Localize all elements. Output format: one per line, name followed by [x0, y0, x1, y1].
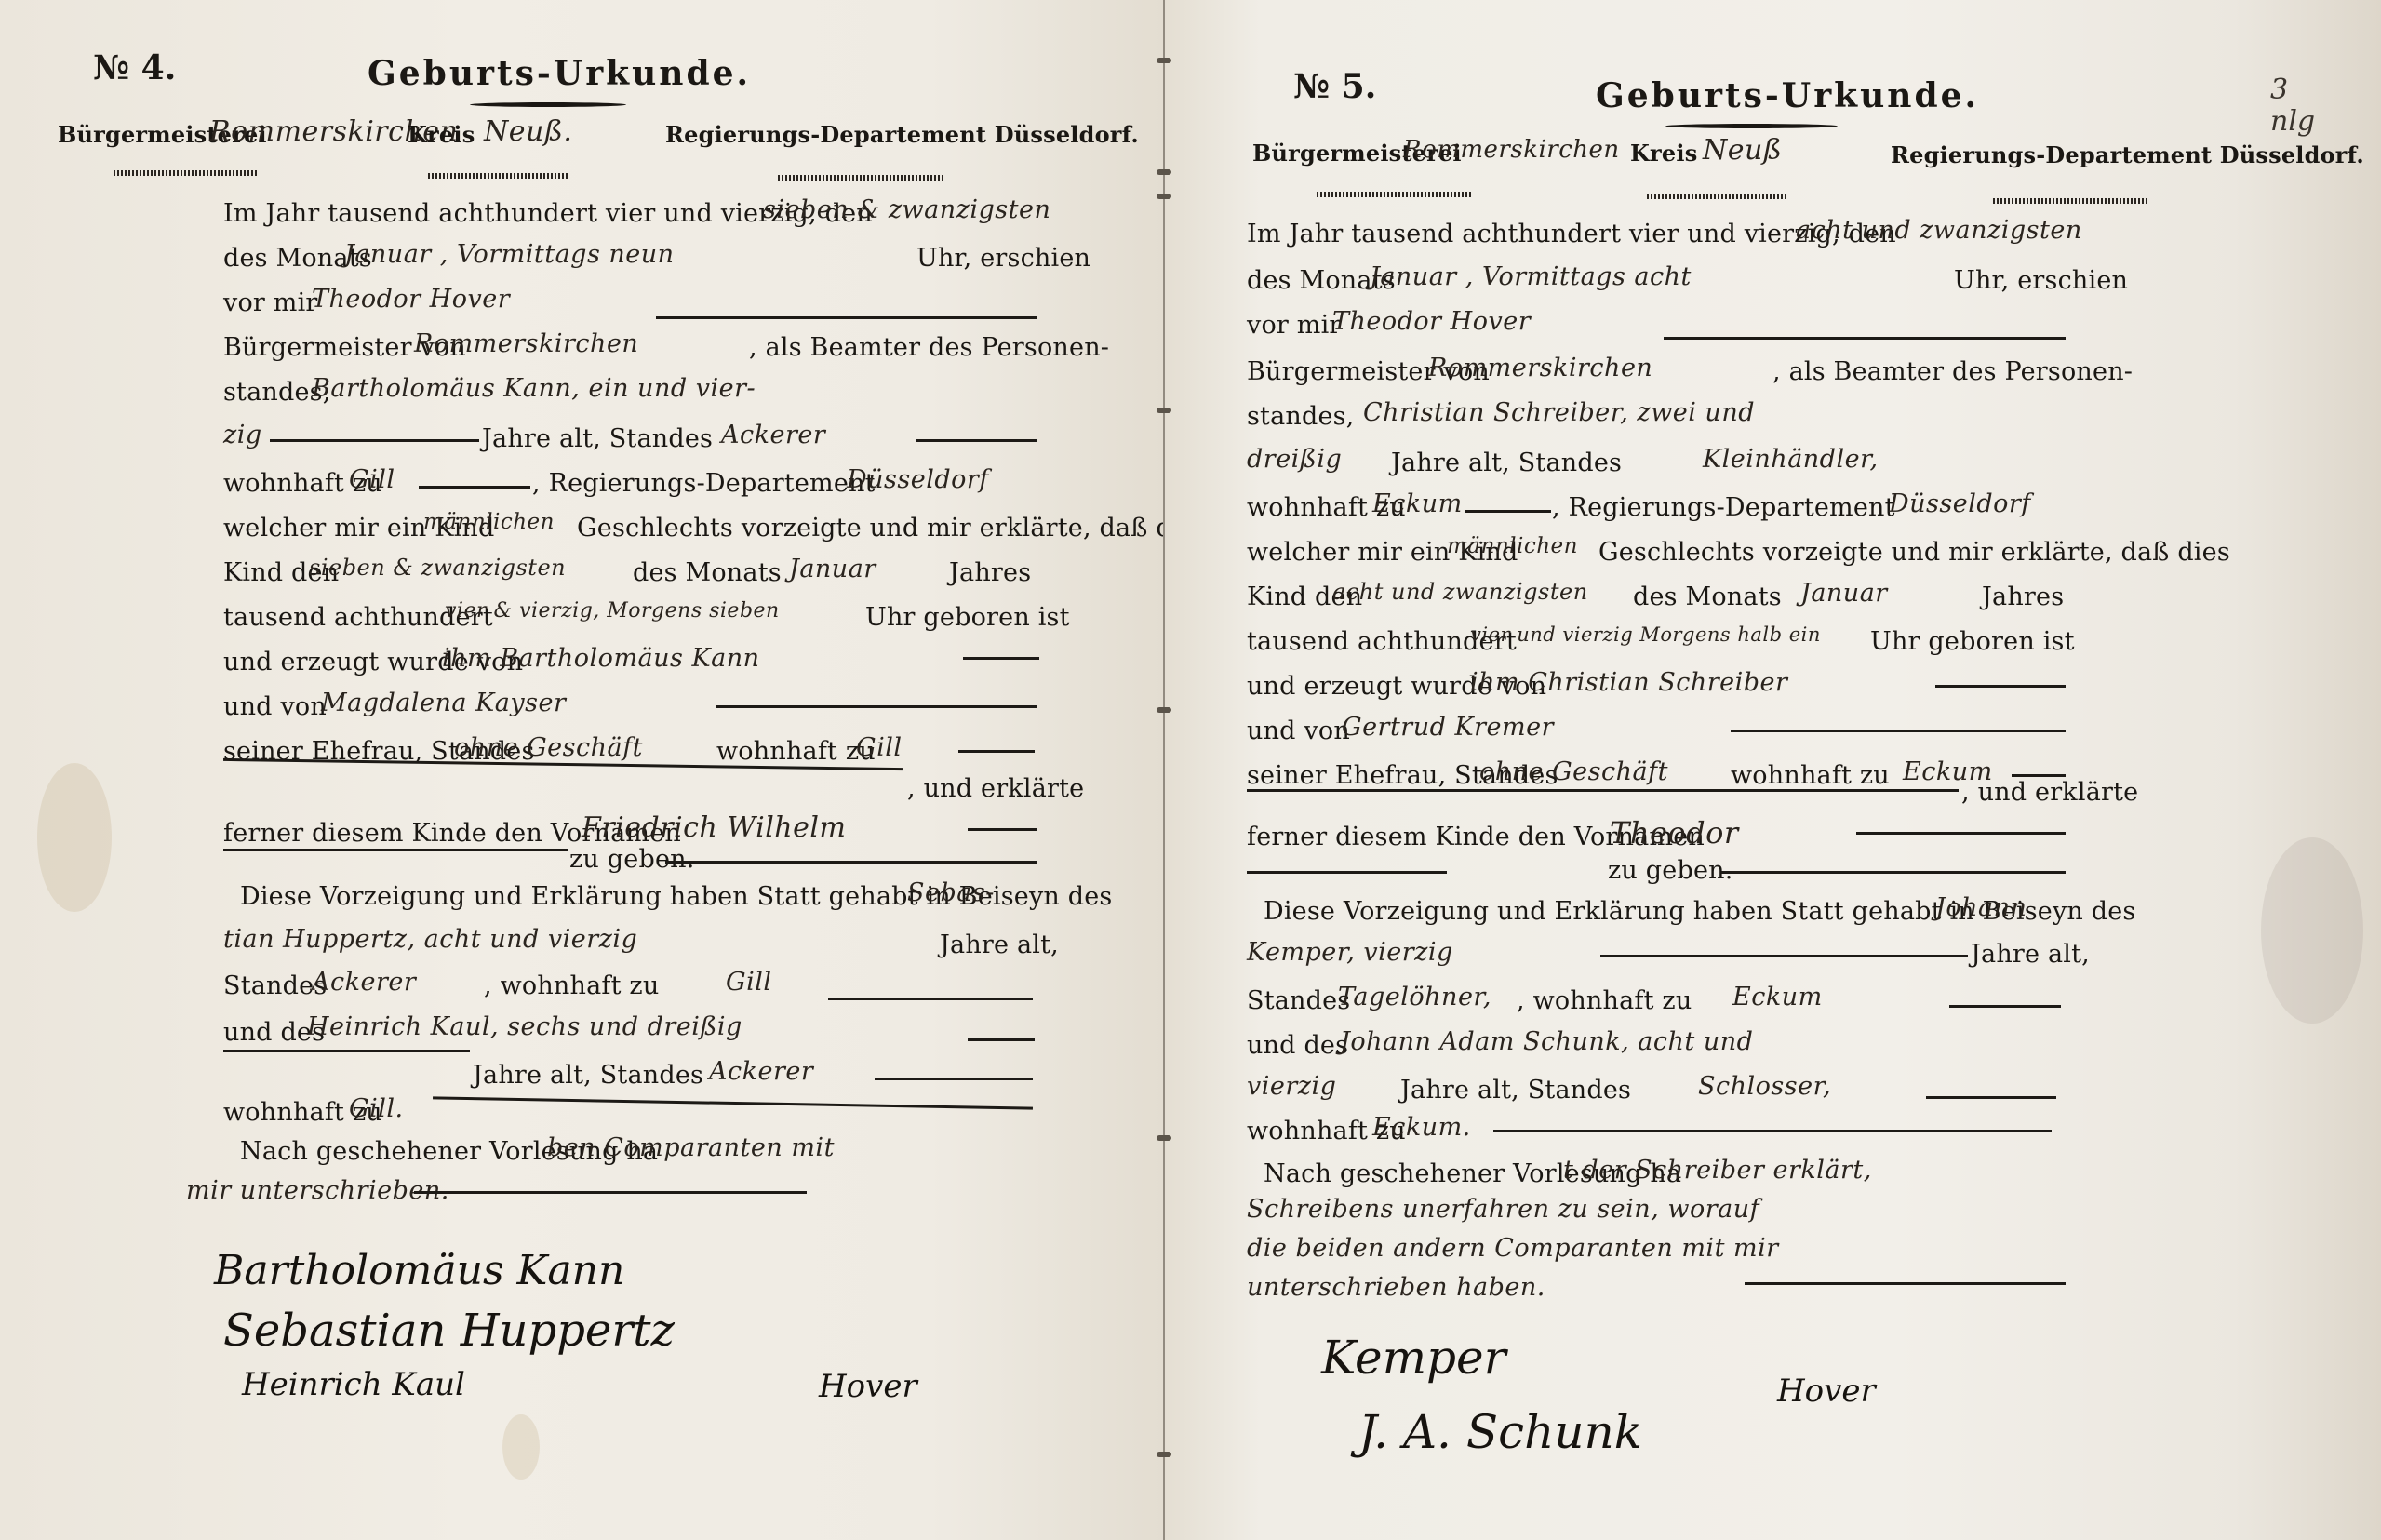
form-text: , wohnhaft zu	[484, 971, 659, 1000]
entry-witness-2: Heinrich Kaul, sechs und dreißig	[307, 1012, 742, 1041]
form-text: wohnhaft zu	[1731, 761, 1890, 790]
form-text: Uhr geboren ist	[865, 603, 1070, 632]
entry-closing: ben Comparanten mit	[547, 1133, 835, 1162]
kreis-value: Neuß	[1703, 134, 1782, 167]
fill-line	[716, 705, 1037, 708]
kreis-label: Kreis	[1630, 140, 1697, 167]
form-text: Uhr, erschien	[916, 244, 1090, 273]
kreis-value: Neuß.	[484, 115, 572, 148]
fill-line	[419, 486, 530, 489]
entry-given-names: Friedrich Wilhelm	[582, 811, 846, 844]
entry-birth-month: Januar	[789, 555, 876, 583]
fill-line	[1856, 832, 2066, 835]
entry-witness-2-age: vierzig	[1247, 1072, 1336, 1101]
fill-line	[223, 1050, 470, 1052]
entry-father: ihm Christian Schreiber	[1470, 668, 1787, 697]
entry-mother-residence: Gill	[856, 733, 902, 762]
entry-witness-1-age: tian Huppertz, acht und vierzig	[223, 925, 637, 954]
form-text: standes,	[1247, 402, 1355, 431]
binding-stitch	[1157, 408, 1171, 413]
fill-line	[1247, 789, 1959, 792]
fill-line	[2012, 774, 2066, 777]
entry-sex: männlichen	[1447, 534, 1578, 558]
form-text: und von	[223, 692, 327, 721]
entry-declarant: Bartholomäus Kann, ein und vier-	[312, 374, 756, 403]
entry-municipality: Rommerskirchen	[1428, 354, 1652, 382]
entry-witness-1: Sebas-	[907, 878, 995, 907]
form-text: und von	[1247, 716, 1350, 745]
entry-month-hour: Januar , Vormittags neun	[344, 240, 675, 269]
signature-mayor: Hover	[1777, 1373, 1876, 1410]
form-text: zu geben.	[569, 845, 695, 874]
signature-witness-2: J. A. Schunk	[1358, 1405, 1642, 1459]
ornament-rule	[778, 175, 943, 181]
entry-given-names: Theodor	[1610, 815, 1739, 850]
regierungs-department: Regierungs-Departement Düsseldorf.	[1891, 141, 2364, 168]
form-text: Jahres	[949, 558, 1031, 587]
signature-mayor: Hover	[819, 1368, 917, 1405]
fill-line	[875, 1078, 1033, 1080]
ornament-rule	[1647, 194, 1788, 199]
binding-stitch	[1157, 1452, 1171, 1457]
form-text: , und erklärte	[1961, 778, 2138, 807]
fill-line	[1745, 1282, 2066, 1285]
entry-witness-1-residence: Gill	[726, 968, 771, 997]
paper-stain	[37, 763, 112, 912]
form-text: , als Beamter des Personen-	[749, 333, 1109, 362]
entry-mother: Magdalena Kayser	[321, 689, 566, 717]
fill-line	[1731, 730, 2066, 732]
binding-stitch	[1157, 169, 1171, 175]
form-text: Jahre alt, Standes	[473, 1061, 703, 1090]
entry-witness-1-residence: Eckum	[1732, 983, 1823, 1011]
form-text: , Regierungs-Departement	[1552, 493, 1895, 522]
entry-birth-year-hour: vier und vierzig Morgens halb ein	[1470, 623, 1821, 646]
form-text: Standes	[1247, 986, 1350, 1015]
ornament-rule	[114, 170, 259, 176]
entry-birth-year-hour: vier & vierzig, Morgens sieben	[445, 599, 780, 623]
regierungs-department: Regierungs-Departement Düsseldorf.	[665, 121, 1139, 148]
binding-stitch	[1157, 58, 1171, 63]
fill-line	[963, 657, 1039, 660]
entry-mayor: Theodor Hover	[1332, 307, 1531, 336]
form-text: vor mir	[223, 288, 318, 317]
entry-closing: die beiden andern Comparanten mit mir	[1247, 1234, 1779, 1263]
fill-line	[1926, 1096, 2056, 1099]
binding-stitch	[1157, 707, 1171, 713]
ornament-rule	[1993, 198, 2149, 204]
left-page: № 4. Geburts-Urkunde. Bürgermeisterei Ro…	[0, 0, 1163, 1540]
form-text: des Monats	[633, 558, 782, 587]
fill-line	[433, 1096, 1033, 1109]
entry-age: zig	[223, 421, 262, 449]
paper-stain	[502, 1414, 540, 1480]
entry-closing: mir unterschrieben.	[186, 1176, 449, 1205]
entry-municipality: Rommerskirchen	[414, 329, 638, 358]
fill-line	[1600, 955, 1968, 957]
entry-day: acht und zwanzigsten	[1796, 216, 2082, 245]
fill-line	[270, 439, 479, 442]
form-text: Jahre alt, Standes	[1391, 449, 1622, 477]
ornament-rule	[1317, 192, 1471, 197]
right-page: № 5. Geburts-Urkunde. 3 nlg Bürgermeiste…	[1163, 0, 2381, 1540]
title-underline	[1665, 124, 1838, 128]
form-text: vor mir	[1247, 311, 1342, 340]
fill-line	[968, 1038, 1035, 1041]
entry-witness-1: Johann	[1935, 893, 2027, 922]
fill-line	[968, 828, 1037, 831]
entry-declarant: Christian Schreiber, zwei und	[1363, 398, 1755, 427]
entry-birth-day: sieben & zwanzigsten	[309, 555, 566, 581]
fill-line	[223, 849, 568, 851]
signature-witness-2: Heinrich Kaul	[242, 1366, 465, 1403]
certificate-title: Geburts-Urkunde.	[1596, 76, 1979, 115]
fill-line	[1247, 871, 1447, 874]
fill-line	[1465, 510, 1551, 513]
entry-witness-2-residence: Eckum.	[1372, 1113, 1471, 1142]
buergermeisterei-value: Rommerskirchen	[1403, 136, 1620, 164]
fill-line	[1721, 871, 2066, 874]
fill-line	[656, 316, 1037, 319]
form-text: des Monats	[1633, 583, 1782, 611]
form-text: Geschlechts vorzeigte und mir erklärte, …	[577, 514, 1209, 542]
entry-closing: t der Schreiber erklärt,	[1563, 1156, 1872, 1185]
entry-witness-2-occupation: Schlosser,	[1698, 1072, 1831, 1101]
entry-occupation: Kleinhändler,	[1703, 445, 1879, 474]
signature-witness-1: Sebastian Huppertz	[223, 1305, 675, 1357]
entry-age: dreißig	[1247, 445, 1342, 474]
form-text: Jahre alt,	[1971, 940, 2090, 969]
form-text: Jahre alt, Standes	[1400, 1076, 1631, 1105]
signature-witness-1: Kemper	[1321, 1331, 1506, 1385]
margin-note: 3 nlg	[2270, 74, 2326, 138]
book-gutter	[1163, 0, 1165, 1540]
fill-line	[1935, 685, 2066, 688]
binding-stitch	[1157, 1135, 1171, 1141]
form-text: Uhr geboren ist	[1870, 627, 2075, 656]
entry-witness-1-age: Kemper, vierzig	[1247, 938, 1453, 967]
entry-witness-1-occupation: Tagelöhner,	[1338, 983, 1491, 1011]
entry-occupation: Ackerer	[721, 421, 825, 449]
form-text: Uhr, erschien	[1954, 266, 2128, 295]
form-text: , als Beamter des Personen-	[1772, 357, 2133, 386]
entry-department: Düsseldorf	[1889, 489, 2031, 518]
entry-birth-month: Januar	[1800, 579, 1888, 608]
certificate-number: № 4.	[93, 48, 176, 87]
entry-witness-2: Johann Adam Schunk, acht und	[1340, 1027, 1753, 1056]
form-text: Jahre alt, Standes	[482, 424, 713, 453]
entry-closing: unterschrieben haben.	[1247, 1273, 1545, 1302]
form-text: Jahre alt,	[940, 931, 1059, 959]
open-register-book: № 4. Geburts-Urkunde. Bürgermeisterei Ro…	[0, 0, 2381, 1540]
entry-residence: Eckum	[1372, 489, 1463, 518]
entry-mother-occupation: ohne Geschäft	[454, 733, 643, 762]
binding-stitch	[1157, 194, 1171, 199]
form-text: , wohnhaft zu	[1517, 986, 1692, 1015]
entry-witness-2-occupation: Ackerer	[709, 1057, 813, 1086]
entry-witness-2-residence: Gill.	[349, 1094, 404, 1123]
entry-mayor: Theodor Hover	[312, 285, 510, 314]
form-text: und des	[1247, 1031, 1348, 1060]
fill-line	[958, 750, 1035, 753]
form-text: , und erklärte	[907, 774, 1084, 803]
form-text: zu geben.	[1608, 856, 1733, 885]
fill-line	[916, 439, 1037, 442]
ornament-rule	[428, 173, 569, 179]
entry-mother: Gertrud Kremer	[1342, 713, 1554, 742]
paper-stain	[2261, 837, 2363, 1024]
fill-line	[414, 1191, 807, 1194]
form-text: Geschlechts vorzeigte und mir erklärte, …	[1598, 538, 2230, 567]
entry-month-hour: Januar , Vormittags acht	[1370, 262, 1692, 291]
form-text: Jahres	[1982, 583, 2064, 611]
title-underline	[470, 102, 626, 107]
certificate-number: № 5.	[1293, 67, 1376, 106]
fill-line	[1664, 337, 2066, 340]
form-text: wohnhaft zu	[716, 737, 876, 766]
entry-mother-occupation: ohne Geschäft	[1479, 757, 1668, 786]
form-text: , Regierungs-Departement	[532, 469, 876, 498]
fill-line	[665, 861, 1037, 864]
entry-residence: Gill	[349, 465, 395, 494]
fill-line	[828, 998, 1033, 1000]
entry-birth-day: acht und zwanzigsten	[1332, 579, 1588, 605]
fill-line	[1493, 1130, 2052, 1132]
entry-sex: männlichen	[423, 510, 555, 534]
entry-witness-1-occupation: Ackerer	[312, 968, 416, 997]
entry-department: Düsseldorf	[847, 465, 989, 494]
entry-closing: Schreibens unerfahren zu sein, worauf	[1247, 1195, 1759, 1224]
certificate-title: Geburts-Urkunde.	[368, 54, 751, 93]
signature-father: Bartholomäus Kann	[214, 1247, 624, 1294]
entry-father: ihm Bartholomäus Kann	[442, 644, 760, 673]
entry-day: sieben & zwanzigsten	[763, 195, 1050, 224]
kreis-label: Kreis	[408, 121, 475, 148]
fill-line	[1949, 1005, 2061, 1008]
